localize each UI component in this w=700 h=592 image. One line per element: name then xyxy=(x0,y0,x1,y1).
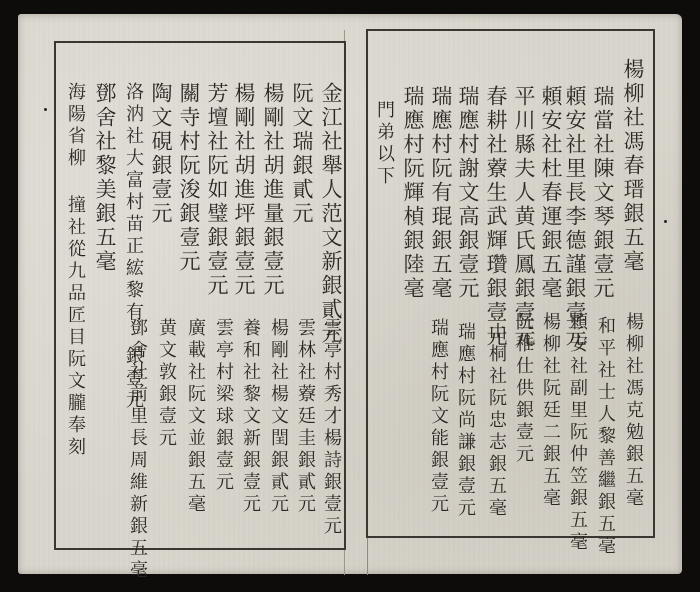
text-column: 楊剛社胡進坪銀壹元 xyxy=(231,82,257,298)
text-column: 楊柳社馮克勉銀五毫 xyxy=(620,312,646,510)
text-column: 陶文硯銀壹元 xyxy=(148,82,174,226)
text-column: 阮文瑞銀貳元 xyxy=(289,82,315,226)
text-column: 頼安社里長李德謹銀壹元 xyxy=(562,85,588,349)
text-column: 瑞應村阮輝楨銀陸毫 xyxy=(400,85,426,301)
text-column: 楊剛社楊文閏銀貳元 xyxy=(265,318,291,516)
text-column: 山桐社阮忠志銀五毫 xyxy=(483,322,509,520)
text-column: 雲林社藔廷圭銀貳元 xyxy=(292,318,318,516)
ink-speck xyxy=(664,220,667,223)
text-column: 金江社舉人范文新銀貳元 xyxy=(318,82,344,346)
text-column: 關寺村阮浚銀壹元 xyxy=(176,82,202,274)
text-column: 楊剛社胡進量銀壹元 xyxy=(260,82,286,298)
text-column: 平川縣夫人黄氏鳳銀壹元 xyxy=(511,85,537,349)
text-column: 瑞應村阮尚謙銀壹元 xyxy=(452,322,478,520)
text-column: 鄧舍社黎美銀五毫 xyxy=(92,82,118,274)
text-column: 楊柳社阮廷二銀五毫 xyxy=(537,312,563,510)
text-column: 門弟以下 xyxy=(371,100,397,188)
text-column: 阮稚仕供銀壹元 xyxy=(510,312,536,466)
text-column: 瑞應村阮文能銀壹元 xyxy=(425,318,451,516)
text-column: 雲亭村梁球銀壹元 xyxy=(210,318,236,494)
text-column: 瑞應村謝文高銀壹元 xyxy=(455,85,481,301)
text-column: 瑞當社陳文琴銀壹元 xyxy=(590,85,616,301)
imprint-column: 海陽省柳 撞社從九品匠目阮文朧奉刻 xyxy=(62,82,88,459)
text-column: 養和社黎文新銀壹元 xyxy=(237,318,263,516)
text-column: 和平社士人黎善繼銀五毫 xyxy=(592,316,618,558)
text-column: 雲亭村秀才楊詩銀壹元 xyxy=(318,318,344,538)
center-fold xyxy=(344,30,368,575)
text-column: 頼安社杜春運銀五毫 xyxy=(538,85,564,301)
text-column: 春耕社藔生武輝瓚銀壹元 xyxy=(483,85,509,349)
ink-speck xyxy=(44,108,47,111)
text-column: 楊柳社馮春瑨銀五毫 xyxy=(620,58,646,274)
text-column: 瑞應村阮有琨銀五毫 xyxy=(428,85,454,301)
text-column: 芳壇社阮如璧銀壹元 xyxy=(204,82,230,298)
text-column: 頼安社副里阮仲笠銀五毫 xyxy=(564,312,590,554)
text-column: 廣載社阮文並銀五毫 xyxy=(182,318,208,516)
text-column: 鄧舍社前里長周維新銀五毫 xyxy=(124,318,150,582)
text-column: 黄文敦銀壹元 xyxy=(153,318,179,450)
